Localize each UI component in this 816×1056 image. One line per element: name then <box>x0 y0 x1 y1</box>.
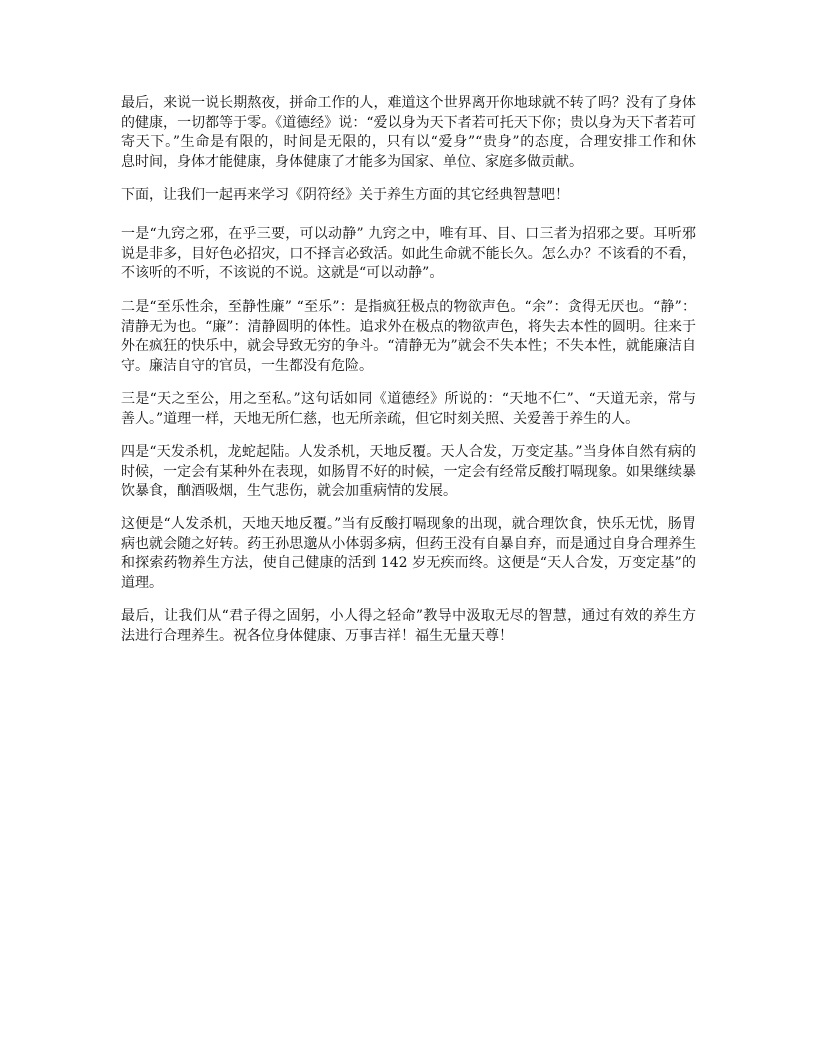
paragraph-point-four: 四是“天发杀机，龙蛇起陆。人发杀机，天地反覆。天人合发，万变定基。”当身体自然有… <box>121 443 696 502</box>
document-page: 最后，来说一说长期熬夜，拼命工作的人，难道这个世界离开你地球就不转了吗？没有了身… <box>0 0 816 1056</box>
text-line: 外在疯狂的快乐中，就会导致无穷的争斗。“清静无为”就会不失本性；不失本性，就能廉… <box>121 337 696 357</box>
text-line: 善人。”道理一样，天地无所仁慈，也无所亲疏，但它时刻关照、关爱善于养生的人。 <box>121 410 696 430</box>
text-line: 二是“至乐性余，至静性廉” “至乐”：是指疯狂极点的物欲声色。“余”：贪得无厌也… <box>121 298 696 318</box>
text-line: 四是“天发杀机，龙蛇起陆。人发杀机，天地反覆。天人合发，万变定基。”当身体自然有… <box>121 443 696 463</box>
text-line: 最后，来说一说长期熬夜，拼命工作的人，难道这个世界离开你地球就不转了吗？没有了身… <box>121 94 696 114</box>
paragraph-sun-simiao: 这便是“人发杀机，天地天地反覆。”当有反酸打嗝现象的出现，就合理饮食，快乐无忧，… <box>121 515 696 593</box>
text-line: 法进行合理养生。祝各位身体健康、万事吉祥！福生无量天尊！ <box>121 627 696 647</box>
paragraph-late-night-work: 最后，来说一说长期熬夜，拼命工作的人，难道这个世界离开你地球就不转了吗？没有了身… <box>121 94 696 172</box>
text-line: 寄天下。”生命是有限的，时间是无限的，只有以“爱身”“贵身”的态度，合理安排工作… <box>121 133 696 153</box>
paragraph-intro-yinfujing: 下面，让我们一起再来学习《阴符经》关于养生方面的其它经典智慧吧！ <box>121 186 696 206</box>
paragraph-point-two: 二是“至乐性余，至静性廉” “至乐”：是指疯狂极点的物欲声色。“余”：贪得无厌也… <box>121 298 696 376</box>
text-line: 道理。 <box>121 574 696 594</box>
text-line: 不该听的不听，不该说的不说。这就是“可以动静”。 <box>121 264 696 284</box>
text-line: 守。廉洁自守的官员，一生都没有危险。 <box>121 357 696 377</box>
text-line: 饮暴食，酗酒吸烟，生气悲伤，就会加重病情的发展。 <box>121 482 696 502</box>
text-line: 病也就会随之好转。药王孙思邈从小体弱多病，但药王没有自暴自弃，而是通过自身合理养… <box>121 535 696 555</box>
text-line: 时候，一定会有某种外在表现，如肠胃不好的时候，一定会有经常反酸打嗝现象。如果继续… <box>121 463 696 483</box>
text-line: 这便是“人发杀机，天地天地反覆。”当有反酸打嗝现象的出现，就合理饮食，快乐无忧，… <box>121 515 696 535</box>
text-line: 清静无为也。“廉”：清静圆明的体性。追求外在极点的物欲声色，将失去本性的圆明。往… <box>121 318 696 338</box>
text-line: 最后，让我们从“君子得之固躬，小人得之轻命”教导中汲取无尽的智慧，通过有效的养生… <box>121 607 696 627</box>
text-line: 三是“天之至公，用之至私。”这句话如同《道德经》所说的：“天地不仁”、“天道无亲… <box>121 390 696 410</box>
text-line: 说是非多，目好色必招灾，口不择言必致活。如此生命就不能长久。怎么办？不该看的不看… <box>121 245 696 265</box>
text-line: 息时间，身体才能健康，身体健康了才能多为国家、单位、家庭多做贡献。 <box>121 153 696 173</box>
paragraph-point-one: 一是“九窍之邪，在乎三要，可以动静” 九窍之中，唯有耳、目、口三者为招邪之要。耳… <box>121 225 696 284</box>
paragraph-point-three: 三是“天之至公，用之至私。”这句话如同《道德经》所说的：“天地不仁”、“天道无亲… <box>121 390 696 429</box>
text-line: 下面，让我们一起再来学习《阴符经》关于养生方面的其它经典智慧吧！ <box>121 186 696 206</box>
text-line: 的健康，一切都等于零。《道德经》说：“爱以身为天下者若可托天下你；贵以身为天下者… <box>121 114 696 134</box>
paragraph-conclusion: 最后，让我们从“君子得之固躬，小人得之轻命”教导中汲取无尽的智慧，通过有效的养生… <box>121 607 696 646</box>
text-line: 一是“九窍之邪，在乎三要，可以动静” 九窍之中，唯有耳、目、口三者为招邪之要。耳… <box>121 225 696 245</box>
text-line: 和探索药物养生方法，使自己健康的活到 142 岁无疾而终。这便是“天人合发，万变… <box>121 554 696 574</box>
